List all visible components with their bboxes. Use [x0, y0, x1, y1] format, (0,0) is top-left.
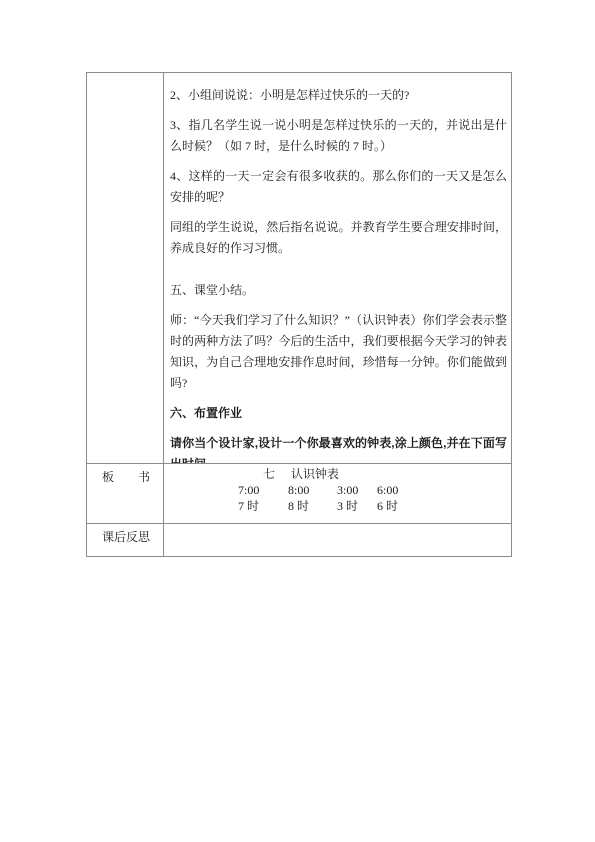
- reflection-label: 课后反思: [87, 524, 164, 556]
- procedure-paragraph: 4、这样的一天一定会有很多收获的。那么你们的一天又是怎么安排的呢？: [170, 166, 507, 208]
- board-title-line: 七认识钟表: [164, 466, 511, 482]
- document-page: 2、小组间说说：小明是怎样过快乐的一天的? 3、指几名学生说一说小明是怎样过快乐…: [0, 0, 595, 842]
- board-hour: 7 时: [238, 498, 288, 514]
- board-hours-line: 7 时 8 时 3 时 6 时: [164, 498, 511, 514]
- board-writing-label: 板 书: [87, 464, 164, 523]
- reflection-row: 课后反思: [87, 523, 511, 556]
- reflection-content-cell: [164, 524, 511, 556]
- board-hour: 3 时: [337, 498, 377, 514]
- board-times-line: 7:00 8:00 3:00 6:00: [164, 482, 511, 498]
- lesson-plan-table: 2、小组间说说：小明是怎样过快乐的一天的? 3、指几名学生说一说小明是怎样过快乐…: [86, 72, 512, 557]
- procedure-paragraph-homework-heading: 六、布置作业: [170, 403, 507, 424]
- board-time: 7:00: [238, 482, 288, 498]
- board-lesson-title: 认识钟表: [291, 467, 339, 481]
- procedure-content-cell: 2、小组间说说：小明是怎样过快乐的一天的? 3、指几名学生说一说小明是怎样过快乐…: [164, 73, 511, 463]
- board-time: 8:00: [288, 482, 337, 498]
- board-lesson-number: 七: [263, 467, 275, 481]
- board-time: 3:00: [337, 482, 377, 498]
- procedure-paragraph-homework-task: 请你当个设计家,设计一个你最喜欢的钟表,涂上颜色,并在下面写出时间。: [170, 433, 507, 463]
- procedure-paragraph: 师：“今天我们学习了什么知识？”（认识钟表）你们学会表示整时的两种方法了吗？今后…: [170, 310, 507, 394]
- procedure-paragraph: 3、指几名学生说一说小明是怎样过快乐的一天的，并说出是什么时候？（如 7 时，是…: [170, 115, 507, 157]
- board-hour: 8 时: [288, 498, 337, 514]
- procedure-paragraph: 同组的学生说说，然后指名说说。并教育学生要合理安排时间，养成良好的作习习惯。: [170, 217, 507, 259]
- board-writing-row: 板 书 七认识钟表 7:00 8:00 3:00 6:00 7 时 8 时 3 …: [87, 463, 511, 523]
- procedure-row: 2、小组间说说：小明是怎样过快乐的一天的? 3、指几名学生说一说小明是怎样过快乐…: [87, 73, 511, 463]
- procedure-label-cell: [87, 73, 164, 463]
- board-hour: 6 时: [377, 498, 398, 514]
- procedure-paragraph: 五、课堂小结。: [170, 280, 507, 301]
- board-time: 6:00: [377, 482, 398, 498]
- procedure-paragraph: 2、小组间说说：小明是怎样过快乐的一天的?: [170, 85, 507, 106]
- board-writing-content: 七认识钟表 7:00 8:00 3:00 6:00 7 时 8 时 3 时 6 …: [164, 464, 511, 523]
